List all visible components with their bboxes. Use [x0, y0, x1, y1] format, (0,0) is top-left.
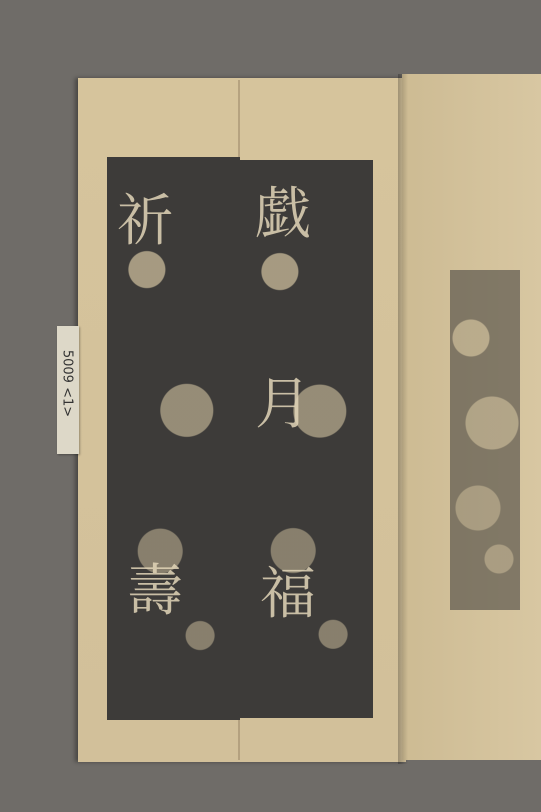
script-glyph: 福 — [260, 550, 316, 630]
script-glyph: 戯 — [255, 170, 311, 250]
script-glyph: 月 — [255, 360, 311, 440]
rubbing-left-column: 祈 壽 — [107, 157, 240, 720]
script-glyph: 祈 — [117, 177, 173, 257]
rubbing-right-column: 戯 月 福 — [240, 160, 373, 718]
catalog-label-tag: 5009 <1> — [57, 326, 79, 454]
spine-shadow — [398, 74, 408, 764]
rubbing-faint-right-page — [450, 270, 520, 610]
script-glyph: 壽 — [127, 547, 183, 627]
catalog-label-text: 5009 <1> — [60, 334, 75, 434]
